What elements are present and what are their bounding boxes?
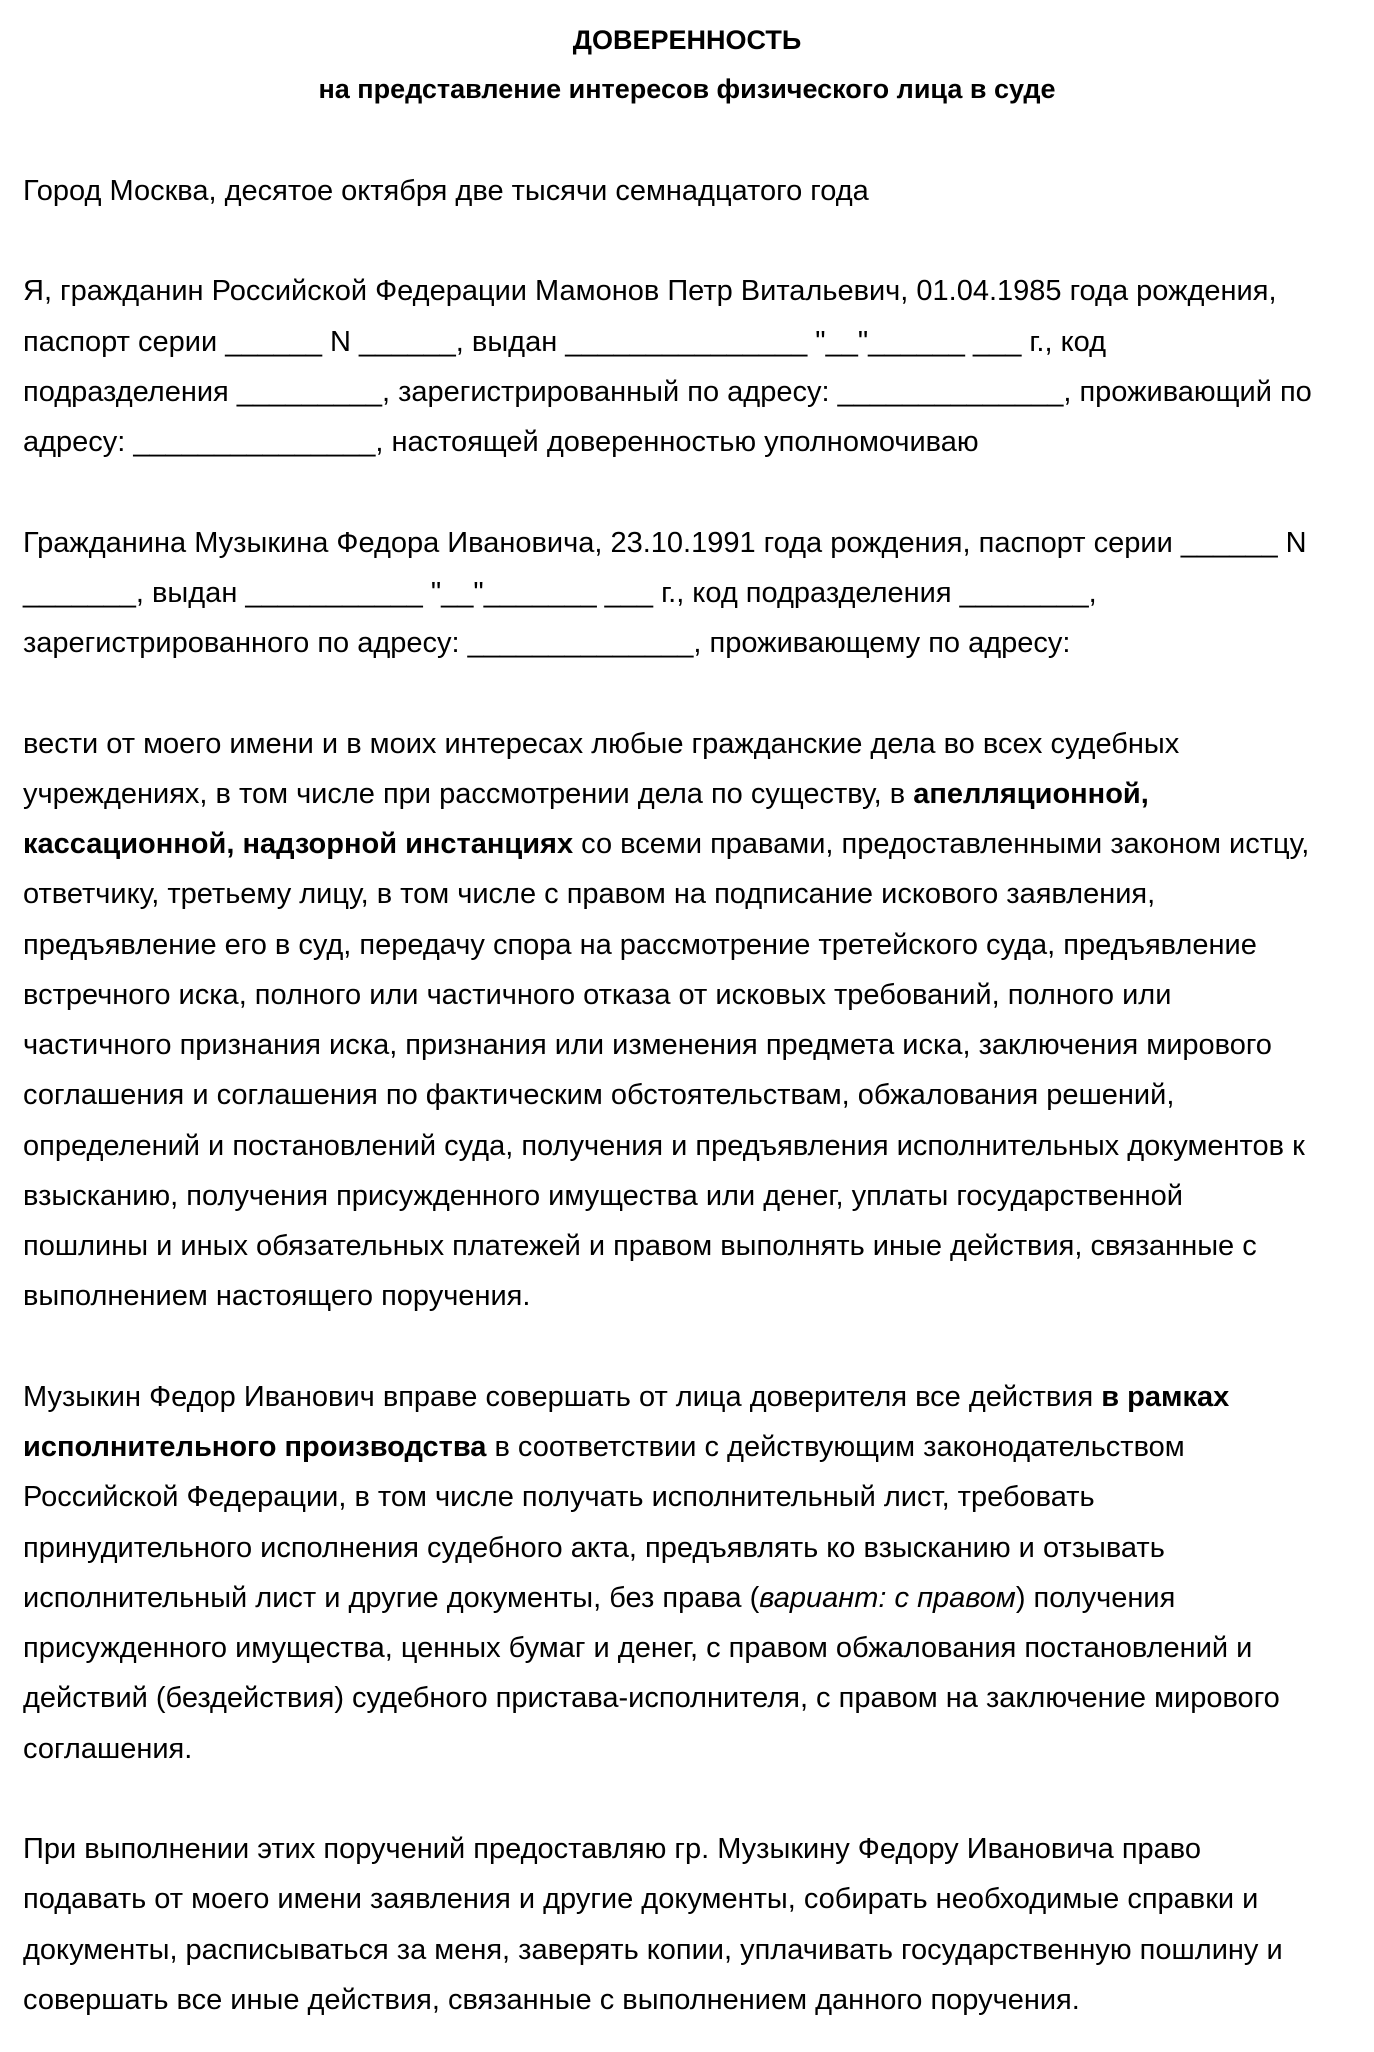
- document-title: ДОВЕРЕННОСТЬ: [0, 27, 1374, 54]
- text-segment: соглашения и соглашения по фактическим о…: [23, 1079, 1174, 1111]
- power-of-attorney-document: ДОВЕРЕННОСТЬ на представление интересов …: [0, 0, 1374, 2052]
- text-segment: совершать все иные действия, связанные с…: [23, 1984, 1080, 2016]
- text-segment: _______, выдан ___________ "__"_______ _…: [23, 577, 1097, 609]
- document-line: присужденного имущества, ценных бумаг и …: [23, 1634, 1252, 1663]
- document-line: зарегистрированного по адресу: _________…: [23, 629, 1070, 658]
- bold-text-segment: кассационной, надзорной инстанциях: [23, 828, 573, 860]
- text-segment: ответчику, третьему лицу, в том числе с …: [23, 878, 1155, 910]
- document-line: вести от моего имени и в моих интересах …: [23, 730, 1179, 759]
- text-segment: адресу: _______________, настоящей довер…: [23, 426, 979, 458]
- text-segment: ) получения: [1016, 1582, 1176, 1614]
- document-line: принудительного исполнения судебного акт…: [23, 1534, 1165, 1563]
- document-line: частичного признания иска, признания или…: [23, 1031, 1272, 1060]
- document-line: соглашения и соглашения по фактическим о…: [23, 1081, 1174, 1110]
- text-segment: в соответствии с действующим законодател…: [486, 1431, 1184, 1463]
- document-line: Музыкин Федор Иванович вправе совершать …: [23, 1383, 1229, 1412]
- text-segment: подавать от моего имени заявления и друг…: [23, 1883, 1258, 1915]
- text-segment: Музыкин Федор Иванович вправе совершать …: [23, 1381, 1101, 1413]
- text-segment: вести от моего имени и в моих интересах …: [23, 728, 1179, 760]
- text-segment: встречного иска, полного или частичного …: [23, 979, 1171, 1011]
- document-line: подразделения _________, зарегистрирован…: [23, 378, 1312, 407]
- text-segment: взысканию, получения присужденного имуще…: [23, 1180, 1183, 1212]
- text-segment: паспорт серии ______ N ______, выдан ___…: [23, 326, 1106, 358]
- text-segment: Гражданина Музыкина Федора Ивановича, 23…: [23, 527, 1307, 559]
- text-segment: Город Москва, десятое октября две тысячи…: [23, 175, 869, 207]
- document-line: выполнением настоящего поручения.: [23, 1282, 530, 1311]
- text-segment: действий (бездействия) судебного пристав…: [23, 1682, 1280, 1714]
- text-segment: определений и постановлений суда, получе…: [23, 1130, 1305, 1162]
- document-line: Гражданина Музыкина Федора Ивановича, 23…: [23, 529, 1307, 558]
- text-segment: зарегистрированного по адресу: _________…: [23, 627, 1070, 659]
- italic-text-segment: вариант: с правом: [759, 1582, 1016, 1614]
- document-line: ответчику, третьему лицу, в том числе с …: [23, 880, 1155, 909]
- document-line: адресу: _______________, настоящей довер…: [23, 428, 979, 457]
- bold-text-segment: апелляционной,: [913, 778, 1149, 810]
- text-segment: При выполнении этих поручений предоставл…: [23, 1833, 1201, 1865]
- document-line: Город Москва, десятое октября две тысячи…: [23, 177, 869, 206]
- text-segment: присужденного имущества, ценных бумаг и …: [23, 1632, 1252, 1664]
- document-line: При выполнении этих поручений предоставл…: [23, 1835, 1201, 1864]
- text-segment: частичного признания иска, признания или…: [23, 1029, 1272, 1061]
- text-segment: подразделения _________, зарегистрирован…: [23, 376, 1312, 408]
- text-segment: Российской Федерации, в том числе получа…: [23, 1481, 1095, 1513]
- text-segment: принудительного исполнения судебного акт…: [23, 1532, 1165, 1564]
- document-line: соглашения.: [23, 1735, 192, 1764]
- text-segment: предъявление его в суд, передачу спора н…: [23, 929, 1257, 961]
- document-line: Я, гражданин Российской Федерации Мамоно…: [23, 277, 1277, 306]
- text-segment: исполнительный лист и другие документы, …: [23, 1582, 759, 1614]
- document-line: исполнительного производства в соответст…: [23, 1433, 1185, 1462]
- text-segment: учреждениях, в том числе при рассмотрени…: [23, 778, 913, 810]
- document-line: встречного иска, полного или частичного …: [23, 981, 1171, 1010]
- document-line: совершать все иные действия, связанные с…: [23, 1986, 1080, 2015]
- document-line: действий (бездействия) судебного пристав…: [23, 1684, 1280, 1713]
- bold-text-segment: в рамках: [1101, 1381, 1229, 1413]
- text-segment: документы, расписываться за меня, заверя…: [23, 1934, 1283, 1966]
- document-subtitle: на представление интересов физического л…: [0, 76, 1374, 103]
- document-line: паспорт серии ______ N ______, выдан ___…: [23, 328, 1106, 357]
- document-line: учреждениях, в том числе при рассмотрени…: [23, 780, 1149, 809]
- document-line: пошлины и иных обязательных платежей и п…: [23, 1232, 1257, 1261]
- document-line: предъявление его в суд, передачу спора н…: [23, 931, 1257, 960]
- document-line: подавать от моего имени заявления и друг…: [23, 1885, 1258, 1914]
- text-segment: соглашения.: [23, 1733, 192, 1765]
- document-line: документы, расписываться за меня, заверя…: [23, 1936, 1283, 1965]
- document-line: кассационной, надзорной инстанциях со вс…: [23, 830, 1309, 859]
- document-line: взысканию, получения присужденного имуще…: [23, 1182, 1183, 1211]
- text-segment: выполнением настоящего поручения.: [23, 1280, 530, 1312]
- text-segment: со всеми правами, предоставленными закон…: [573, 828, 1309, 860]
- text-segment: пошлины и иных обязательных платежей и п…: [23, 1230, 1257, 1262]
- text-segment: Я, гражданин Российской Федерации Мамоно…: [23, 275, 1277, 307]
- document-line: исполнительный лист и другие документы, …: [23, 1584, 1175, 1613]
- bold-text-segment: исполнительного производства: [23, 1431, 486, 1463]
- document-line: Российской Федерации, в том числе получа…: [23, 1483, 1095, 1512]
- document-line: _______, выдан ___________ "__"_______ _…: [23, 579, 1097, 608]
- document-line: определений и постановлений суда, получе…: [23, 1132, 1305, 1161]
